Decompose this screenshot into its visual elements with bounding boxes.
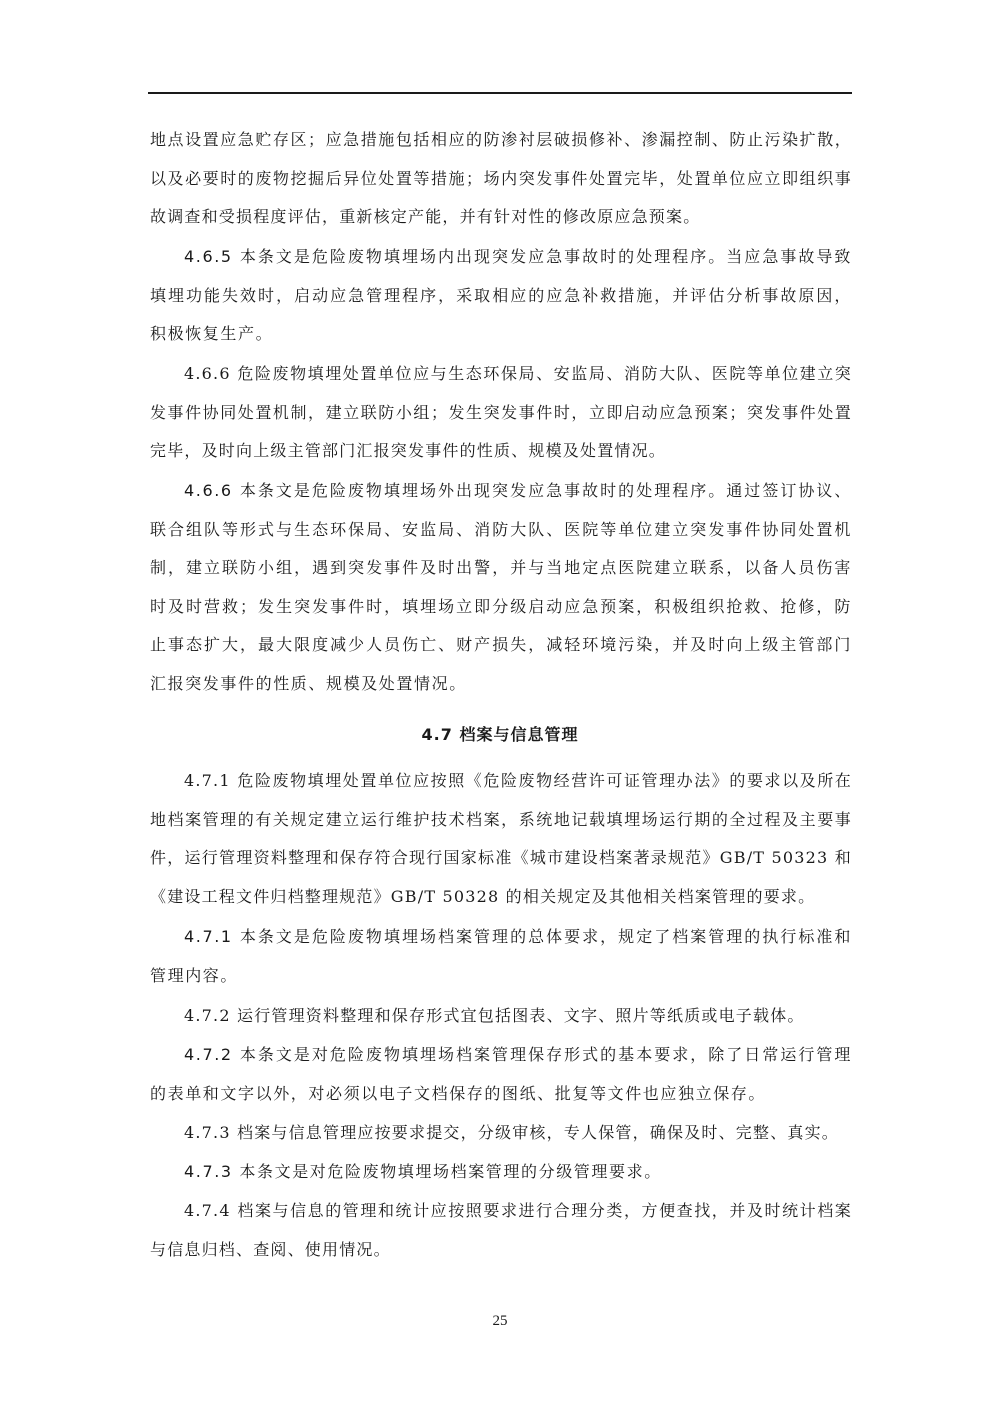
paragraph-explanation-4-7-3: 4.7.3 本条文是对危险废物填埋场档案管理的分级管理要求。 (150, 1153, 852, 1192)
paragraph-explanation-4-6-6: 4.6.6 本条文是危险废物填埋场外出现突发应急事故时的处理程序。通过签订协议、… (150, 472, 852, 703)
paragraph-explanation-4-7-2: 4.7.2 本条文是对危险废物填埋场档案管理保存形式的基本要求，除了日常运行管理… (150, 1036, 852, 1113)
paragraph-clause-4-7-2: 4.7.2 运行管理资料整理和保存形式宜包括图表、文字、照片等纸质或电子载体。 (150, 997, 852, 1036)
paragraph-text: 4.6.5 本条文是危险废物填埋场内出现突发应急事故时的处理程序。当应急事故导致… (150, 247, 852, 343)
paragraph-text: 4.6.6 危险废物填埋处置单位应与生态环保局、安监局、消防大队、医院等单位建立… (150, 364, 852, 460)
paragraph-text: 4.7.2 本条文是对危险废物填埋场档案管理保存形式的基本要求，除了日常运行管理… (150, 1045, 852, 1103)
paragraph-clause-4-7-4: 4.7.4 档案与信息的管理和统计应按照要求进行合理分类，方便查找，并及时统计档… (150, 1192, 852, 1269)
paragraph-text: 4.6.6 本条文是危险废物填埋场外出现突发应急事故时的处理程序。通过签订协议、… (150, 481, 852, 693)
paragraph-text: 4.7.2 运行管理资料整理和保存形式宜包括图表、文字、照片等纸质或电子载体。 (184, 1006, 805, 1025)
paragraph-text: 4.7.3 本条文是对危险废物填埋场档案管理的分级管理要求。 (184, 1162, 662, 1181)
section-heading: 4.7 档案与信息管理 (0, 722, 1000, 745)
paragraph-continuation: 地点设置应急贮存区；应急措施包括相应的防渗衬层破损修补、渗漏控制、防止污染扩散，… (150, 121, 852, 237)
paragraph-explanation-4-6-5: 4.6.5 本条文是危险废物填埋场内出现突发应急事故时的处理程序。当应急事故导致… (150, 238, 852, 354)
paragraph-text: 4.7.1 本条文是危险废物填埋场档案管理的总体要求，规定了档案管理的执行标准和… (150, 927, 852, 985)
paragraph-text: 4.7.4 档案与信息的管理和统计应按照要求进行合理分类，方便查找，并及时统计档… (150, 1201, 852, 1259)
paragraph-text: 4.7.3 档案与信息管理应按要求提交，分级审核，专人保管，确保及时、完整、真实… (184, 1123, 839, 1142)
paragraph-clause-4-7-3: 4.7.3 档案与信息管理应按要求提交，分级审核，专人保管，确保及时、完整、真实… (150, 1114, 852, 1153)
paragraph-explanation-4-7-1: 4.7.1 本条文是危险废物填埋场档案管理的总体要求，规定了档案管理的执行标准和… (150, 918, 852, 995)
paragraph-clause-4-7-1: 4.7.1 危险废物填埋处置单位应按照《危险废物经营许可证管理办法》的要求以及所… (150, 762, 852, 916)
paragraph-clause-4-6-6: 4.6.6 危险废物填埋处置单位应与生态环保局、安监局、消防大队、医院等单位建立… (150, 355, 852, 471)
paragraph-text: 地点设置应急贮存区；应急措施包括相应的防渗衬层破损修补、渗漏控制、防止污染扩散，… (150, 130, 852, 226)
header-rule (148, 92, 852, 94)
paragraph-text: 4.7.1 危险废物填埋处置单位应按照《危险废物经营许可证管理办法》的要求以及所… (150, 771, 852, 906)
page-number: 25 (0, 1313, 1000, 1330)
